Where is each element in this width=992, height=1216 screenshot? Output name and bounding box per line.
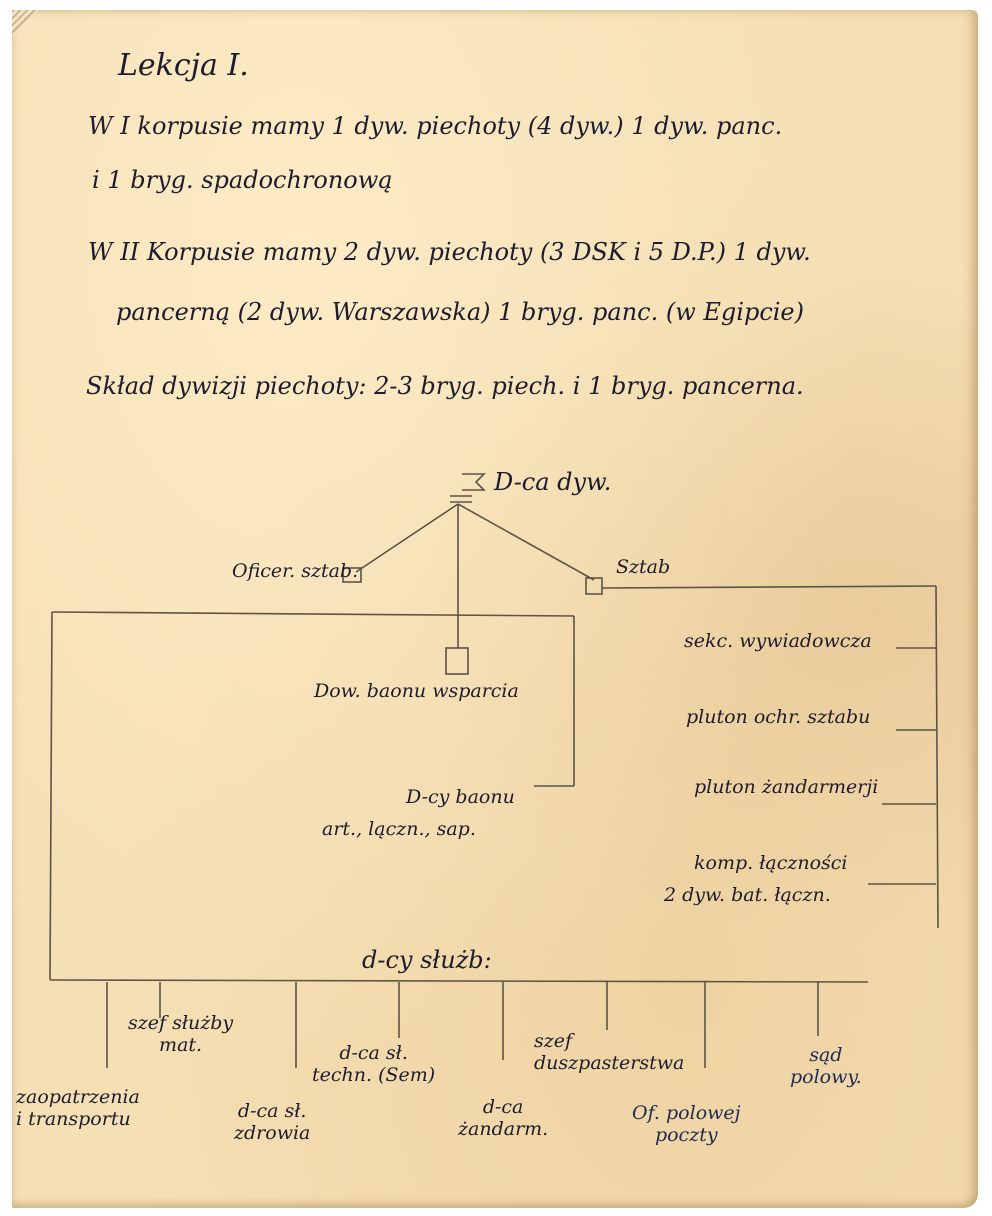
service-medical: d-ca sł. zdrowia xyxy=(234,1100,310,1144)
service-supply: zaopatrzenia i transportu xyxy=(16,1086,140,1130)
service-field-court: sąd polowy. xyxy=(790,1044,862,1088)
service-field-post: Of. polowej poczty xyxy=(632,1102,741,1146)
service-technical: d-ca sł. techn. (Sem) xyxy=(312,1042,435,1086)
service-gendarmerie: d-ca żandarm. xyxy=(458,1096,548,1140)
staff-node-icon xyxy=(586,578,602,594)
service-chaplaincy: szef duszpasterstwa xyxy=(534,1030,684,1074)
staff-unit-hq-guard: pluton ochr. sztabu xyxy=(686,706,870,728)
commander-flag-icon xyxy=(462,474,484,490)
support-commanders-line-1: D-cy baonu xyxy=(406,786,515,808)
support-commanders-line-2: art., lączn., sap. xyxy=(322,818,476,840)
staff-unit-military-police: pluton żandarmerji xyxy=(694,776,878,798)
support-battalion-label: Dow. baonu wsparcia xyxy=(314,680,519,702)
officer-staff-label: Oficer. sztab. xyxy=(232,560,358,582)
support-battalion-node-icon xyxy=(446,648,468,674)
staff-unit-recon: sekc. wywiadowcza xyxy=(684,630,872,652)
service-chiefs-label: d-cy służb: xyxy=(362,946,492,974)
staff-unit-signals: komp. łączności xyxy=(694,852,848,874)
staff-label: Sztab xyxy=(616,556,670,578)
service-materiel: szef służby mat. xyxy=(128,1012,233,1056)
staff-unit-note: 2 dyw. bat. łączn. xyxy=(664,884,831,906)
commander-label: D-ca dyw. xyxy=(494,468,611,496)
